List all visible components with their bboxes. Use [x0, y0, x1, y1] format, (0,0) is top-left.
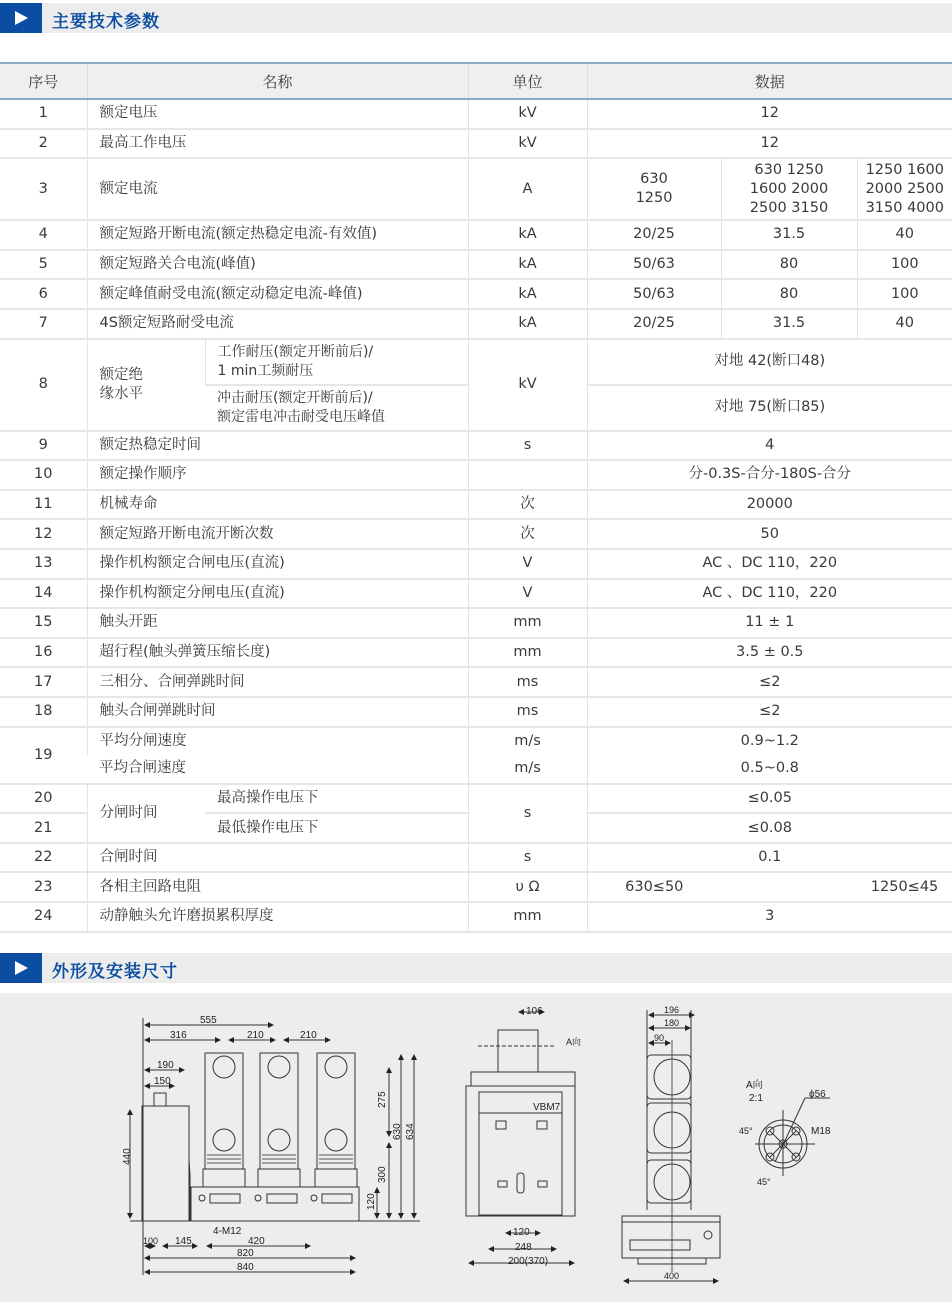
svg-text:316: 316	[170, 1030, 187, 1041]
row-no: 7	[0, 309, 87, 339]
row-no: 4	[0, 220, 87, 250]
svg-text:90: 90	[654, 1033, 664, 1043]
section-title: 主要技术参数	[52, 7, 160, 32]
row-name: 超行程(触头弹簧压缩长度)	[87, 638, 468, 668]
svg-text:106: 106	[526, 1006, 543, 1017]
row-data-a: 20/25	[587, 309, 721, 339]
svg-text:420: 420	[248, 1236, 265, 1247]
row-no: 13	[0, 549, 87, 579]
svg-text:A向: A向	[566, 1036, 581, 1047]
row-name: 平均合闸速度	[87, 755, 468, 784]
front-view-drawing: 555 316 210 210 190 150 440 275 630 634 …	[122, 1015, 420, 1275]
row-data: 3.5 ± 0.5	[587, 638, 952, 668]
row-no: 9	[0, 431, 87, 461]
row-unit: ms	[468, 667, 587, 697]
row-data-b: 80	[721, 279, 857, 309]
row-subname: 工作耐压(额定开断前后)/ 1 min工频耐压	[205, 339, 468, 385]
table-header-row: 序号 名称 单位 数据	[0, 63, 952, 99]
row-unit: A	[468, 158, 587, 220]
svg-text:248: 248	[515, 1242, 532, 1253]
row-no: 5	[0, 250, 87, 280]
row-name: 触头合闸弹跳时间	[87, 697, 468, 727]
row-unit: kA	[468, 309, 587, 339]
row-data: 3	[587, 902, 952, 932]
row-data-a: 50/63	[587, 250, 721, 280]
svg-text:VBM7: VBM7	[533, 1102, 561, 1113]
row-unit: m/s	[468, 755, 587, 784]
row-no: 2	[0, 129, 87, 159]
svg-text:200(370): 200(370)	[508, 1256, 548, 1267]
row-unit: kA	[468, 250, 587, 280]
row-group: 分闸时间	[87, 784, 205, 843]
svg-text:300: 300	[377, 1166, 388, 1183]
table-row: 3额定电流A630 1250630 1250 1600 2000 2500 31…	[0, 158, 952, 220]
row-data-c: 100	[857, 250, 952, 280]
row-no: 8	[0, 339, 87, 431]
table-row: 9额定热稳定时间s4	[0, 431, 952, 461]
table-row: 22合闸时间s0.1	[0, 843, 952, 873]
row-name: 最高工作电压	[87, 129, 468, 159]
row-no: 20	[0, 784, 87, 814]
table-row: 12额定短路开断电流开断次数次50	[0, 519, 952, 549]
row-data: ≤0.05	[587, 784, 952, 814]
row-no: 12	[0, 519, 87, 549]
row-unit: m/s	[468, 727, 587, 756]
svg-text:190: 190	[157, 1060, 174, 1071]
svg-text:45°: 45°	[757, 1177, 771, 1187]
dimension-drawings: 555 316 210 210 190 150 440 275 630 634 …	[0, 993, 952, 1302]
table-row: 14操作机构额定分闸电压(直流)VAC 、DC 110，220	[0, 579, 952, 609]
svg-text:400: 400	[664, 1271, 679, 1281]
table-row: 5额定短路关合电流(峰值)kA50/6380100	[0, 250, 952, 280]
header-data: 数据	[587, 63, 952, 99]
row-name: 三相分、合闸弹跳时间	[87, 667, 468, 697]
svg-text:634: 634	[405, 1123, 416, 1140]
table-row: 18触头合闸弹跳时间ms≤2	[0, 697, 952, 727]
row-no: 17	[0, 667, 87, 697]
table-row: 2最高工作电压kV12	[0, 129, 952, 159]
row-unit: mm	[468, 902, 587, 932]
header-no: 序号	[0, 63, 87, 99]
row-unit: mm	[468, 638, 587, 668]
row-data: 0.5~0.8	[587, 755, 952, 784]
row-no: 16	[0, 638, 87, 668]
row-data: 分-0.3S-合分-180S-合分	[587, 460, 952, 490]
play-arrow-icon	[0, 3, 42, 33]
row-subname: 最低操作电压下	[205, 813, 468, 843]
svg-text:120: 120	[366, 1193, 377, 1210]
row-unit: kA	[468, 279, 587, 309]
row-data: 4	[587, 431, 952, 461]
row-name: 动静触头允许磨损累积厚度	[87, 902, 468, 932]
row-no: 21	[0, 813, 87, 843]
row-unit: V	[468, 579, 587, 609]
table-row: 17三相分、合闸弹跳时间ms≤2	[0, 667, 952, 697]
row-name: 平均分闸速度	[87, 727, 468, 756]
row-data: 11 ± 1	[587, 608, 952, 638]
table-row: 8额定绝 缘水平工作耐压(额定开断前后)/ 1 min工频耐压kV对地 42(断…	[0, 339, 952, 385]
row-no: 11	[0, 490, 87, 520]
svg-text:555: 555	[200, 1015, 217, 1026]
row-name: 额定操作顺序	[87, 460, 468, 490]
row-no: 3	[0, 158, 87, 220]
table-row: 23各相主回路电阻υ Ω630≤501250≤45	[0, 872, 952, 902]
row-data: 50	[587, 519, 952, 549]
row-name: 4S额定短路耐受电流	[87, 309, 468, 339]
row-data-a: 50/63	[587, 279, 721, 309]
row-name: 额定热稳定时间	[87, 431, 468, 461]
row-data: 0.9~1.2	[587, 727, 952, 756]
svg-text:ϕ56: ϕ56	[809, 1089, 826, 1100]
row-unit: mm	[468, 608, 587, 638]
row-name: 机械寿命	[87, 490, 468, 520]
row-name: 额定电流	[87, 158, 468, 220]
row-unit: 次	[468, 490, 587, 520]
table-row: 24动静触头允许磨损累积厚度mm3	[0, 902, 952, 932]
row-unit: kV	[468, 339, 587, 431]
row-data: 12	[587, 99, 952, 129]
table-row: 20分闸时间最高操作电压下s≤0.05	[0, 784, 952, 814]
svg-text:196: 196	[664, 1005, 679, 1015]
row-name: 额定绝 缘水平	[87, 339, 205, 431]
row-data: ≤2	[587, 697, 952, 727]
table-row: 11机械寿命次20000	[0, 490, 952, 520]
row-data-b: 31.5	[721, 309, 857, 339]
svg-text:210: 210	[247, 1030, 264, 1041]
svg-text:M18: M18	[811, 1126, 831, 1137]
row-subname: 冲击耐压(额定开断前后)/ 额定雷电冲击耐受电压峰值	[205, 385, 468, 431]
row-no: 1	[0, 99, 87, 129]
row-no: 19	[0, 727, 87, 784]
section-header-tech-params: 主要技术参数	[0, 3, 952, 33]
row-no: 14	[0, 579, 87, 609]
row-data: 12	[587, 129, 952, 159]
row-name: 额定峰值耐受电流(额定动稳定电流-峰值)	[87, 279, 468, 309]
row-unit: kV	[468, 129, 587, 159]
row-unit: s	[468, 784, 587, 843]
row-data: ≤2	[587, 667, 952, 697]
row-data: 对地 75(断口85)	[587, 385, 952, 431]
row-name: 额定短路关合电流(峰值)	[87, 250, 468, 280]
svg-text:145: 145	[175, 1236, 192, 1247]
row-data: AC 、DC 110，220	[587, 579, 952, 609]
row-data-c: 100	[857, 279, 952, 309]
row-no: 18	[0, 697, 87, 727]
section-header-dimensions: 外形及安装尺寸	[0, 953, 952, 983]
table-row: 10额定操作顺序分-0.3S-合分-180S-合分	[0, 460, 952, 490]
header-unit: 单位	[468, 63, 587, 99]
svg-text:4-M12: 4-M12	[213, 1226, 242, 1237]
row-unit: 次	[468, 519, 587, 549]
svg-text:2:1: 2:1	[749, 1093, 763, 1104]
row-name: 各相主回路电阻	[87, 872, 468, 902]
row-data-b: 80	[721, 250, 857, 280]
row-data-a: 630 1250	[587, 158, 721, 220]
table-row: 74S额定短路耐受电流kA20/2531.540	[0, 309, 952, 339]
row-data-a: 20/25	[587, 220, 721, 250]
row-unit: kV	[468, 99, 587, 129]
row-name: 额定短路开断电流(额定热稳定电流-有效值)	[87, 220, 468, 250]
table-row: 1额定电压kV12	[0, 99, 952, 129]
row-no: 6	[0, 279, 87, 309]
header-name: 名称	[87, 63, 468, 99]
row-name: 触头开距	[87, 608, 468, 638]
svg-text:A向: A向	[746, 1078, 763, 1091]
row-name: 额定短路开断电流开断次数	[87, 519, 468, 549]
row-unit: V	[468, 549, 587, 579]
row-name: 操作机构额定合闸电压(直流)	[87, 549, 468, 579]
row-data-b	[721, 872, 857, 902]
table-row: 19平均分闸速度m/s0.9~1.2	[0, 727, 952, 756]
row-data: ≤0.08	[587, 813, 952, 843]
row-no: 23	[0, 872, 87, 902]
svg-text:440: 440	[122, 1148, 133, 1165]
svg-text:45°: 45°	[739, 1126, 753, 1136]
row-name: 额定电压	[87, 99, 468, 129]
row-unit: ms	[468, 697, 587, 727]
row-unit: kA	[468, 220, 587, 250]
row-unit	[468, 460, 587, 490]
row-data-c: 1250≤45	[857, 872, 952, 902]
side-view-drawing: 106 A向 VBM7 120 248 200(370)	[466, 1006, 581, 1267]
row-data: 0.1	[587, 843, 952, 873]
table-row: 16超行程(触头弹簧压缩长度)mm3.5 ± 0.5	[0, 638, 952, 668]
table-row: 15触头开距mm11 ± 1	[0, 608, 952, 638]
row-name: 合闸时间	[87, 843, 468, 873]
row-no: 15	[0, 608, 87, 638]
play-arrow-icon	[0, 953, 42, 983]
row-data-b: 31.5	[721, 220, 857, 250]
svg-text:180: 180	[664, 1018, 679, 1028]
svg-text:150: 150	[154, 1076, 171, 1087]
svg-text:100: 100	[143, 1236, 158, 1246]
row-subname: 最高操作电压下	[205, 784, 468, 814]
top-view-drawing: 196 180 90 400	[622, 1005, 720, 1281]
section-title: 外形及安装尺寸	[52, 957, 178, 982]
table-row: 13操作机构额定合闸电压(直流)VAC 、DC 110，220	[0, 549, 952, 579]
row-unit: s	[468, 843, 587, 873]
svg-text:275: 275	[377, 1091, 388, 1108]
row-data-c: 1250 1600 2000 2500 3150 4000	[857, 158, 952, 220]
row-data-c: 40	[857, 309, 952, 339]
row-data: 对地 42(断口48)	[587, 339, 952, 385]
detail-a-drawing: A向 2:1 ϕ56 M18 45° 45°	[739, 1078, 831, 1187]
svg-text:630: 630	[392, 1123, 403, 1140]
svg-text:210: 210	[300, 1030, 317, 1041]
svg-text:120: 120	[513, 1227, 530, 1238]
row-name: 操作机构额定分闸电压(直流)	[87, 579, 468, 609]
spec-table: 序号 名称 单位 数据 1额定电压kV122最高工作电压kV123额定电流A63…	[0, 62, 952, 933]
row-unit: s	[468, 431, 587, 461]
row-data: 20000	[587, 490, 952, 520]
row-no: 24	[0, 902, 87, 932]
svg-text:820: 820	[237, 1248, 254, 1259]
row-no: 10	[0, 460, 87, 490]
row-unit: υ Ω	[468, 872, 587, 902]
table-row: 6额定峰值耐受电流(额定动稳定电流-峰值)kA50/6380100	[0, 279, 952, 309]
table-row: 平均合闸速度m/s0.5~0.8	[0, 755, 952, 784]
svg-text:840: 840	[237, 1262, 254, 1273]
row-data-a: 630≤50	[587, 872, 721, 902]
row-data: AC 、DC 110，220	[587, 549, 952, 579]
row-data-c: 40	[857, 220, 952, 250]
table-row: 4额定短路开断电流(额定热稳定电流-有效值)kA20/2531.540	[0, 220, 952, 250]
row-no: 22	[0, 843, 87, 873]
row-data-b: 630 1250 1600 2000 2500 3150	[721, 158, 857, 220]
